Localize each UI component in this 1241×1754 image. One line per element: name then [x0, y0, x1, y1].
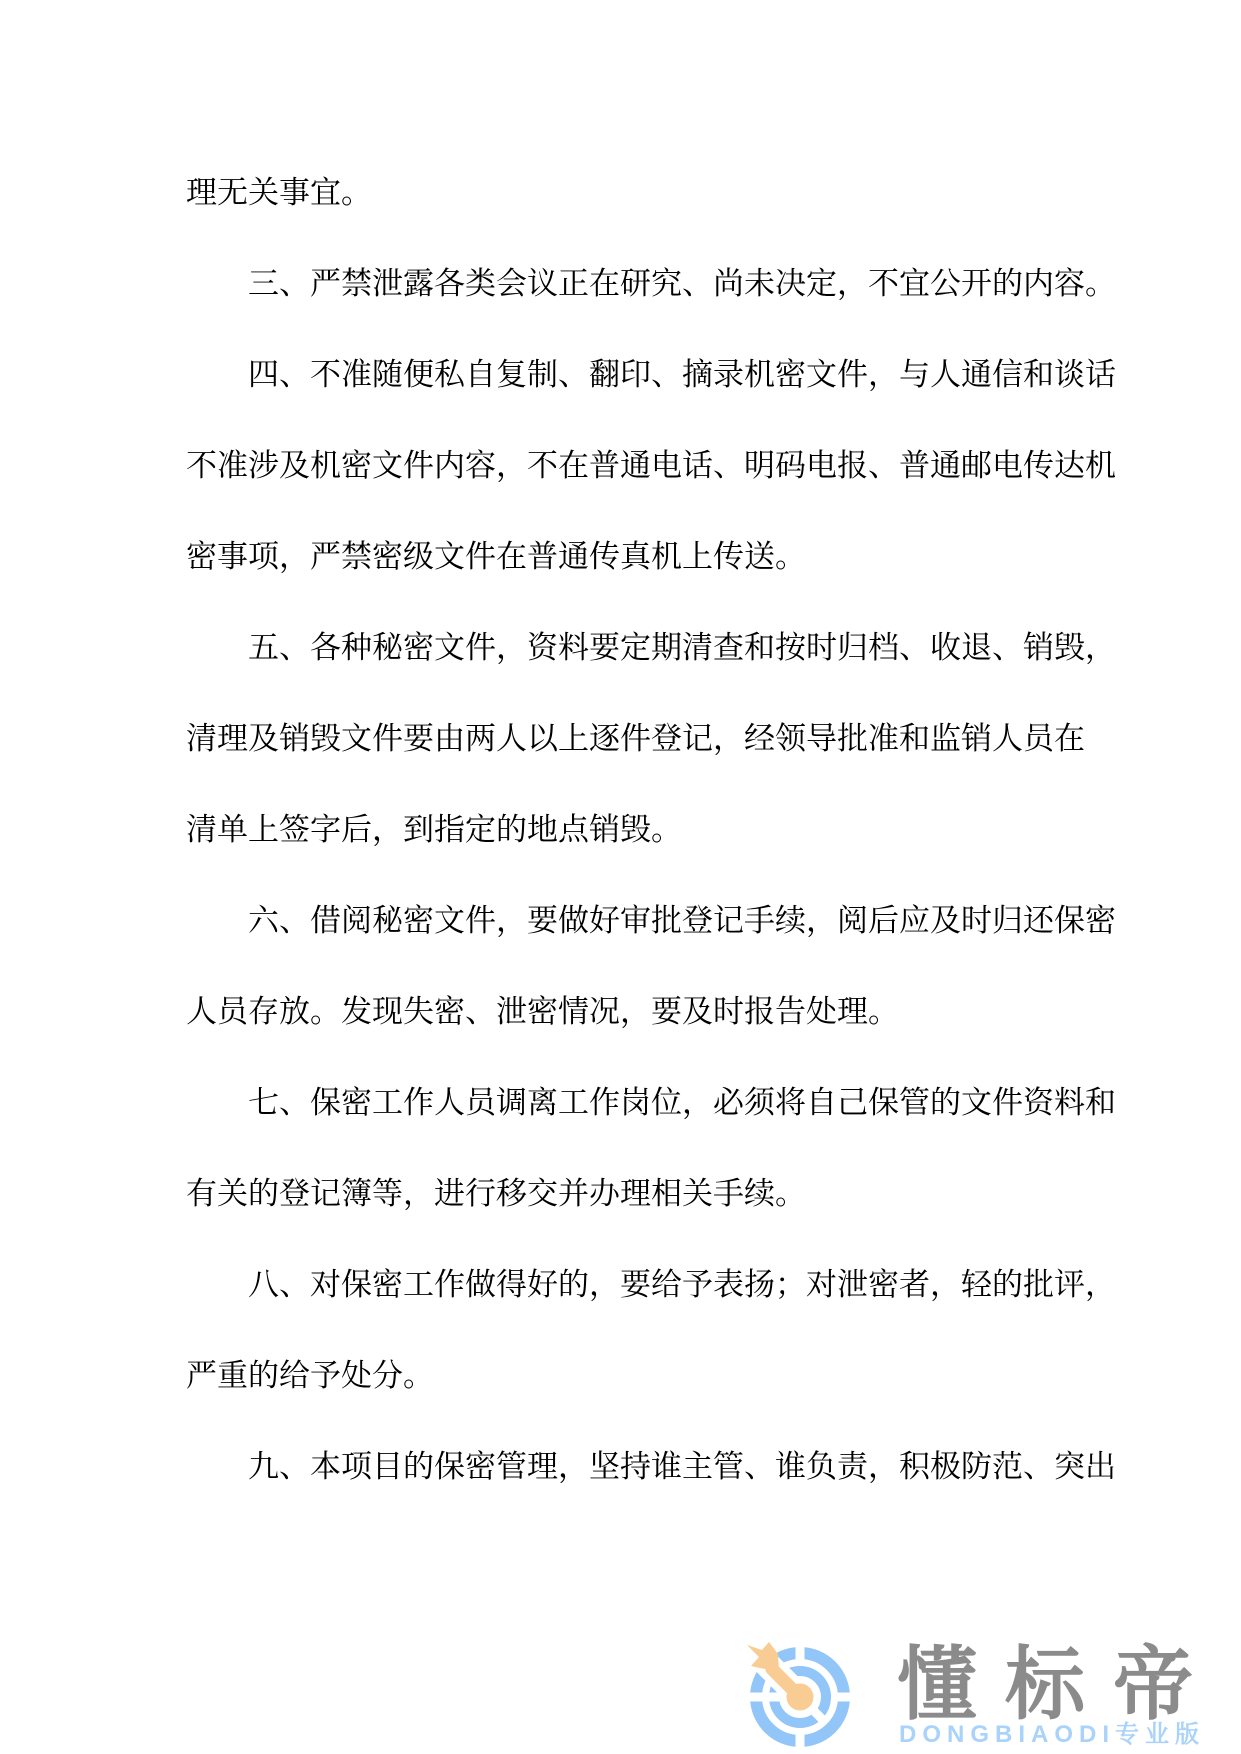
brand-name-latin: DONGBIAODI — [899, 1721, 1115, 1748]
brand-name-latin-edition: DONGBIAODI专业版 — [899, 1722, 1205, 1748]
document-line: 不准涉及机密文件内容，不在普通电话、明码电报、普通邮电传达机 — [186, 420, 1116, 511]
document-line: 人员存放。发现失密、泄密情况，要及时报告处理。 — [186, 966, 1116, 1057]
brand-name-chinese: 懂标帝 — [897, 1646, 1221, 1724]
document-line: 三、严禁泄露各类会议正在研究、尚未决定，不宜公开的内容。 — [186, 238, 1116, 329]
document-body: 理无关事宜。三、严禁泄露各类会议正在研究、尚未决定，不宜公开的内容。四、不准随便… — [186, 147, 1116, 1512]
document-line: 严重的给予处分。 — [186, 1330, 1116, 1421]
document-line: 理无关事宜。 — [186, 147, 1116, 238]
document-line: 四、不准随便私自复制、翻印、摘录机密文件，与人通信和谈话 — [186, 329, 1116, 420]
document-line: 清单上签字后，到指定的地点销毁。 — [186, 784, 1116, 875]
target-arrow-icon — [745, 1642, 855, 1752]
document-line: 清理及销毁文件要由两人以上逐件登记，经领导批准和监销人员在 — [186, 693, 1116, 784]
document-line: 有关的登记簿等，进行移交并办理相关手续。 — [186, 1148, 1116, 1239]
document-line: 八、对保密工作做得好的，要给予表扬；对泄密者，轻的批评， — [186, 1239, 1116, 1330]
document-line: 密事项，严禁密级文件在普通传真机上传送。 — [186, 511, 1116, 602]
document-line: 五、各种秘密文件，资料要定期清查和按时归档、收退、销毁， — [186, 602, 1116, 693]
document-line: 九、本项目的保密管理，坚持谁主管、谁负责，积极防范、突出 — [186, 1421, 1116, 1512]
document-line: 七、保密工作人员调离工作岗位，必须将自己保管的文件资料和 — [186, 1057, 1116, 1148]
document-page: 理无关事宜。三、严禁泄露各类会议正在研究、尚未决定，不宜公开的内容。四、不准随便… — [0, 0, 1241, 1754]
brand-edition-label: 专业版 — [1115, 1721, 1205, 1748]
document-line: 六、借阅秘密文件，要做好审批登记手续，阅后应及时归还保密 — [186, 875, 1116, 966]
